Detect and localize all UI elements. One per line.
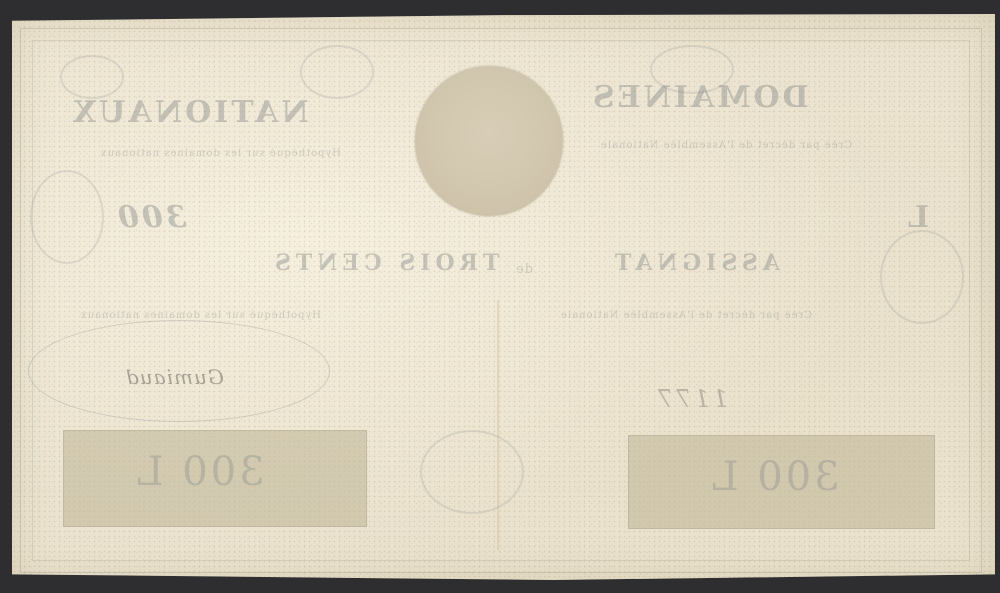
show-through-heading-right: DOMAINES (590, 80, 809, 115)
show-through-denomination-unit: L (905, 200, 929, 235)
fold-crease (497, 300, 499, 550)
ornament-scroll-icon (30, 170, 104, 264)
left-panel-mark: 300 L (134, 449, 265, 495)
ornament-scroll-icon (880, 230, 964, 324)
show-through-de-label: de (515, 262, 533, 277)
show-through-denomination-words: TROIS CENTS (270, 250, 499, 276)
show-through-fine-print-right: Créé par décret de l'Assemblée Nationale (600, 140, 852, 151)
show-through-denomination-numeral: 300 (115, 200, 187, 235)
right-panel-mark: 300 L (709, 454, 840, 500)
show-through-signature: Gumiaud (125, 365, 224, 389)
show-through-heading-left: NATIONAUX (70, 95, 309, 130)
show-through-fine-print-left: Hypothéqué sur les domaines nationaux (80, 310, 321, 321)
show-through-fine-print-left: Hypothéqué sur les domaines nationaux (100, 148, 341, 159)
show-through-title: ASSIGNAT (610, 250, 780, 276)
left-vignette-panel: 300 L (63, 430, 367, 527)
ornament-scroll-icon (420, 430, 524, 514)
ornament-scroll-icon (60, 55, 124, 99)
dry-seal-emboss (415, 66, 563, 216)
ornament-scroll-icon (300, 45, 374, 99)
right-vignette-panel: 300 L (628, 435, 935, 529)
show-through-serial-number: 1177 (655, 385, 728, 413)
show-through-fine-print-right: Créé par décret de l'Assemblée Nationale (560, 310, 812, 321)
